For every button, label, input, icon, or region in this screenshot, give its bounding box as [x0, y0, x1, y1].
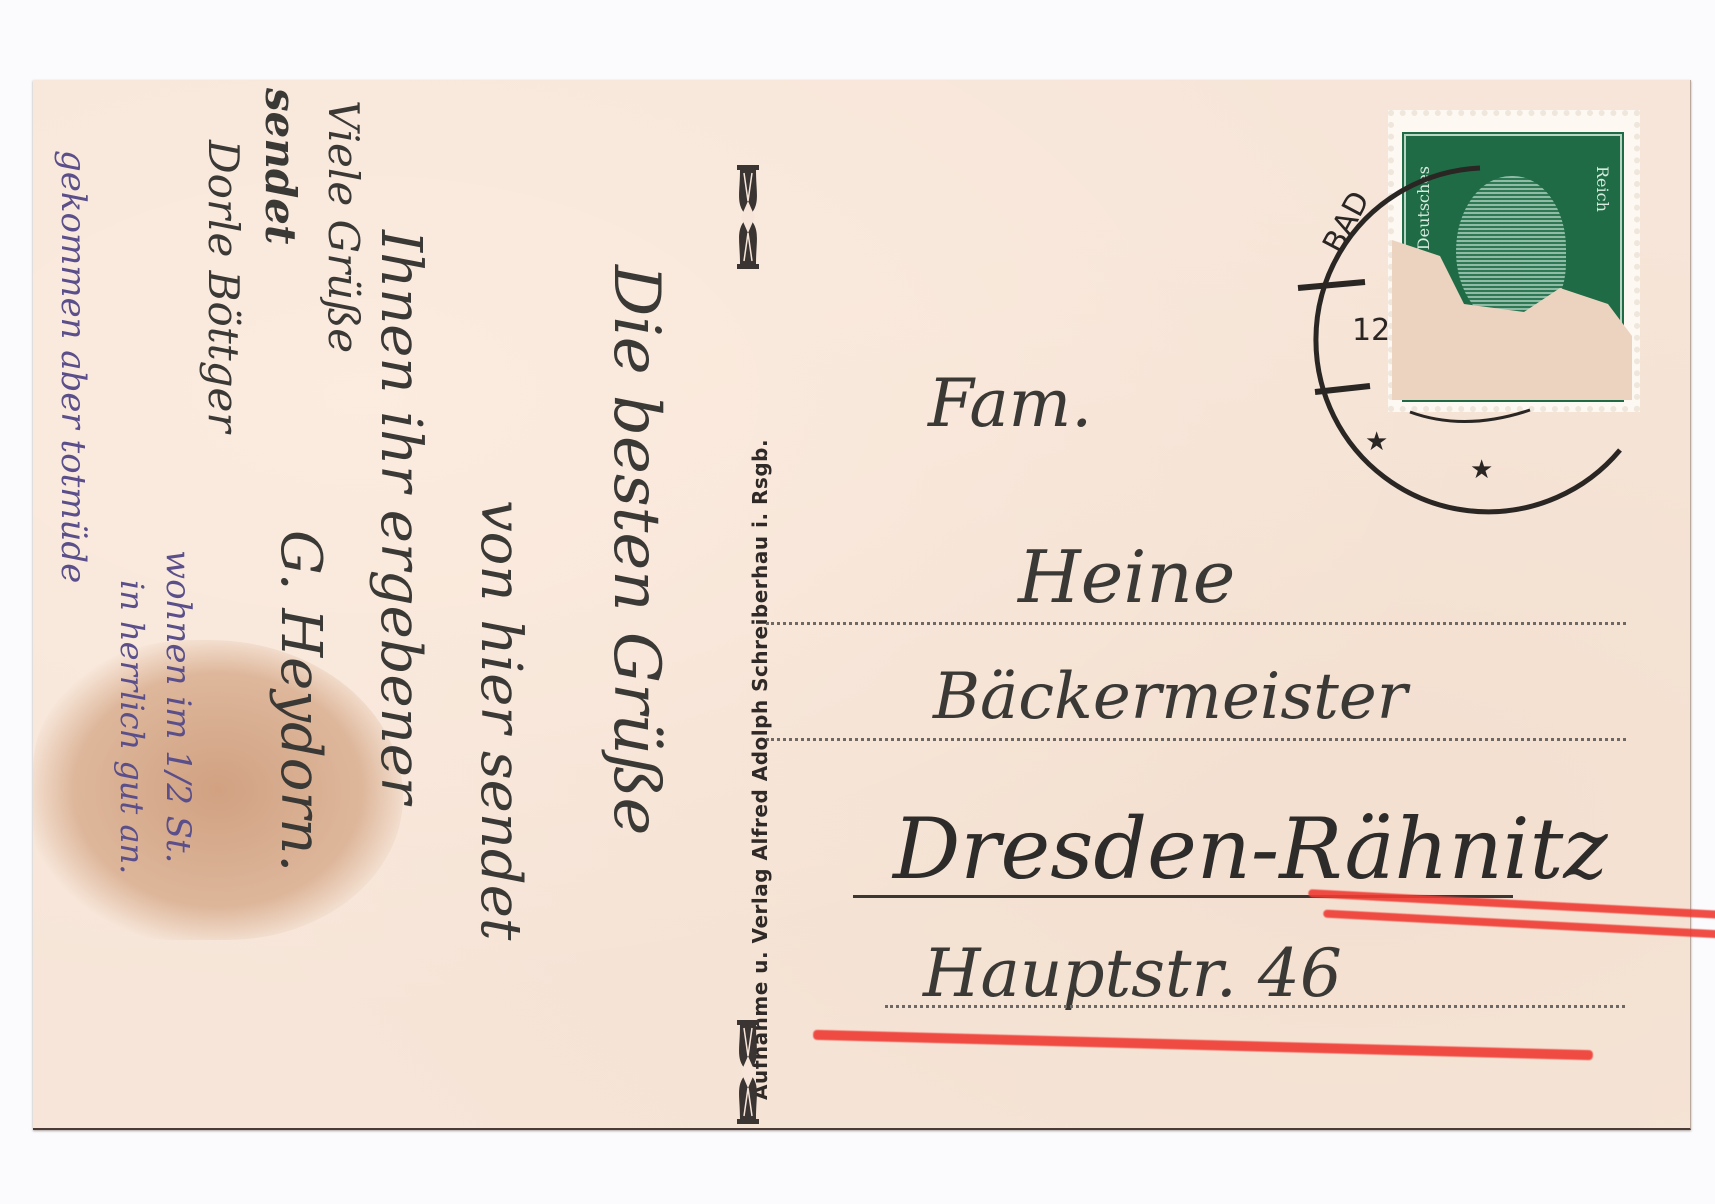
divider-ornament-top-icon [731, 165, 765, 269]
message-line-heydorn: G. Heydorn. [268, 530, 333, 872]
message-line-herrlich: in herrlich gut an. [113, 580, 151, 874]
postmark-icon: BAD 12 ★ ★ [1280, 160, 1660, 520]
message-line-dorle: Dorle Böttger [199, 140, 248, 432]
postmark-town: BAD [1316, 186, 1377, 259]
message-line-ihnen: Ihnen ihr ergebener [368, 230, 433, 804]
address-line-city: Dresden-Rähnitz [893, 800, 1608, 898]
message-line-wohnen: wohnen im 1/2 St. [158, 550, 198, 863]
water-stain [33, 640, 403, 940]
postmark-day: 12 [1352, 313, 1390, 348]
address-line-street: Hauptstr. 46 [923, 935, 1342, 1012]
address-dotted-line-3 [885, 1005, 1625, 1008]
address-line-fam: Fam. [928, 365, 1092, 442]
message-line-sendet: sendet [256, 88, 305, 244]
postmark-star-left-icon: ★ [1365, 427, 1388, 457]
message-line-von-hier: von hier sendet [468, 500, 533, 940]
message-line-gekommen: gekommen aber totmüde [53, 150, 93, 583]
postmark-star-right-icon: ★ [1470, 455, 1493, 485]
address-line-name: Heine [1018, 535, 1235, 619]
publisher-imprint: Aufnahme u. Verlag Alfred Adolph Schreib… [748, 439, 772, 1100]
message-line-die-besten: Die besten Grüße [599, 265, 673, 835]
address-line-occupation: Bäckermeister [933, 660, 1407, 734]
red-pencil-mark-3 [813, 1030, 1593, 1060]
address-dotted-line-1 [766, 622, 1626, 625]
divider-ornament-bottom-icon [731, 1020, 765, 1124]
message-line-viele-gruesse: Viele Grüße [319, 100, 368, 353]
address-dotted-line-2 [766, 738, 1626, 741]
